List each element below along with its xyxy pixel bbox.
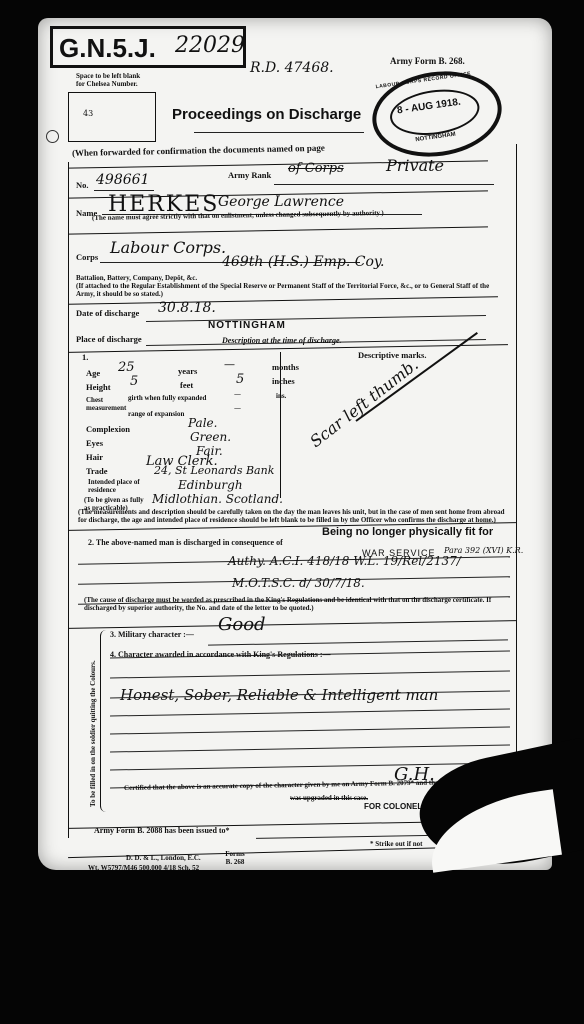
- chest-girth-label: girth when fully expanded: [128, 394, 206, 402]
- trade-label: Trade: [86, 466, 108, 476]
- chest-range-label: range of expansion: [128, 410, 184, 418]
- rank-struck: of Corps: [288, 161, 344, 176]
- hair-label: Hair: [86, 452, 103, 462]
- box-mark: 43: [83, 109, 93, 119]
- height-label: Height: [86, 382, 111, 392]
- discharge-place-label: Place of discharge: [76, 334, 142, 344]
- military-character-label: 3. Military character :—: [110, 630, 194, 640]
- authority-line-2: M.O.T.S.C. d/ 30/7/18.: [232, 576, 365, 590]
- chest-ins-label: ins.: [276, 392, 286, 400]
- months-label: months: [272, 362, 299, 372]
- measurements-note: (The measurements and description should…: [78, 508, 510, 524]
- discharge-date: 30.8.18.: [158, 300, 216, 316]
- complexion-label: Complexion: [86, 424, 130, 434]
- descriptive-marks: Scar left thumb.: [306, 355, 422, 451]
- blank-space-note: Space to be left blank for Chelsea Numbe…: [76, 72, 140, 88]
- cause-label: 2. The above-named man is discharged in …: [88, 538, 283, 548]
- height-feet: 5: [130, 374, 138, 389]
- date-stamp: 8 - AUG 1918. LABOUR CORPS RECORD OFFICE…: [367, 63, 507, 164]
- battalion-note: (If attached to the Regular Establishmen…: [76, 282, 506, 298]
- age-label: Age: [86, 368, 100, 378]
- discharge-date-label: Date of discharge: [76, 308, 139, 318]
- b2088-label: Army Form B. 2088 has been issued to*: [94, 826, 230, 836]
- reference-box: G.N.5.J. 22029: [50, 26, 246, 68]
- stamp-ring-top: LABOUR CORPS RECORD OFFICE: [375, 71, 471, 90]
- chest-girth: —: [234, 390, 241, 398]
- feet-label: feet: [180, 380, 193, 390]
- inches-label: inches: [272, 376, 295, 386]
- cause-printed: Being no longer physically fit for: [322, 526, 493, 538]
- forms-ref: Forms B. 268: [224, 850, 246, 866]
- residence-line-3: Midlothian. Scotland.: [152, 492, 283, 506]
- certified-struck: was upgraded in this case.: [290, 794, 368, 802]
- residence-line-2: Edinburgh: [178, 478, 243, 492]
- battalion-label: Battalion, Battery, Company, Depôt, &c.: [76, 274, 197, 282]
- age-months: —: [224, 358, 235, 371]
- reference-number: 22029: [175, 33, 245, 58]
- rank-label: Army Rank: [228, 170, 271, 180]
- residence-line-1: 24, St Leonards Bank: [154, 464, 274, 477]
- military-character: Good: [218, 614, 266, 635]
- soldier-number: 498661: [96, 172, 149, 188]
- signature: G.H.: [394, 764, 435, 785]
- army-rank: Private: [386, 156, 444, 175]
- residence-label: Intended place of residence: [88, 478, 148, 494]
- handwritten-ref: R.D. 47468.: [250, 60, 334, 76]
- form-id: Army Form B. 268.: [390, 56, 465, 66]
- printer-line-2: Wt. W5797/M46 500,000 4/18 Sch. 52: [88, 864, 199, 872]
- years-label: years: [178, 366, 197, 376]
- page-title: Proceedings on Discharge: [172, 106, 361, 123]
- eyes-label: Eyes: [86, 438, 103, 448]
- corps: Labour Corps.: [110, 238, 226, 257]
- chest-range: —: [234, 404, 241, 412]
- chest-label: Chest measurement: [86, 396, 120, 412]
- colours-side-label: To be filled in on the soldier quitting …: [89, 617, 97, 807]
- age-years: 25: [118, 360, 135, 375]
- discharge-place: NOTTINGHAM: [208, 320, 286, 331]
- cause-note: (The cause of discharge must be worded a…: [84, 596, 512, 612]
- complexion: Pale.: [188, 416, 217, 430]
- printer-line-1: D. D. & L., London, E.C.: [126, 854, 201, 862]
- chelsea-number-box: 43: [68, 92, 156, 142]
- character-awarded-label: 4. Character awarded in accordance with …: [110, 650, 331, 660]
- forwarded-note: (When forwarded for confirmation the doc…: [72, 143, 325, 158]
- descriptive-marks-label: Descriptive marks.: [358, 350, 426, 360]
- height-inches: 5: [236, 372, 244, 387]
- reference-code: G.N.5.J.: [59, 33, 156, 64]
- number-label: No.: [76, 180, 89, 190]
- authority-line-1: Authy. A.C.I. 418/18 W.L. 19/Rel/2137/: [228, 554, 461, 568]
- hole-punch: [46, 130, 59, 143]
- eyes: Green.: [190, 430, 231, 444]
- description-heading: Description at the time of discharge.: [222, 336, 342, 345]
- corps-label: Corps: [76, 252, 98, 262]
- battalion: 469th (H.S.) Emp. Coy.: [222, 254, 384, 270]
- strike-note: * Strike out if not: [370, 840, 423, 848]
- section-1-number: 1.: [82, 352, 88, 362]
- document-page: G.N.5.J. 22029 R.D. 47468. Army Form B. …: [38, 18, 552, 870]
- forenames: George Lawrence: [218, 194, 344, 210]
